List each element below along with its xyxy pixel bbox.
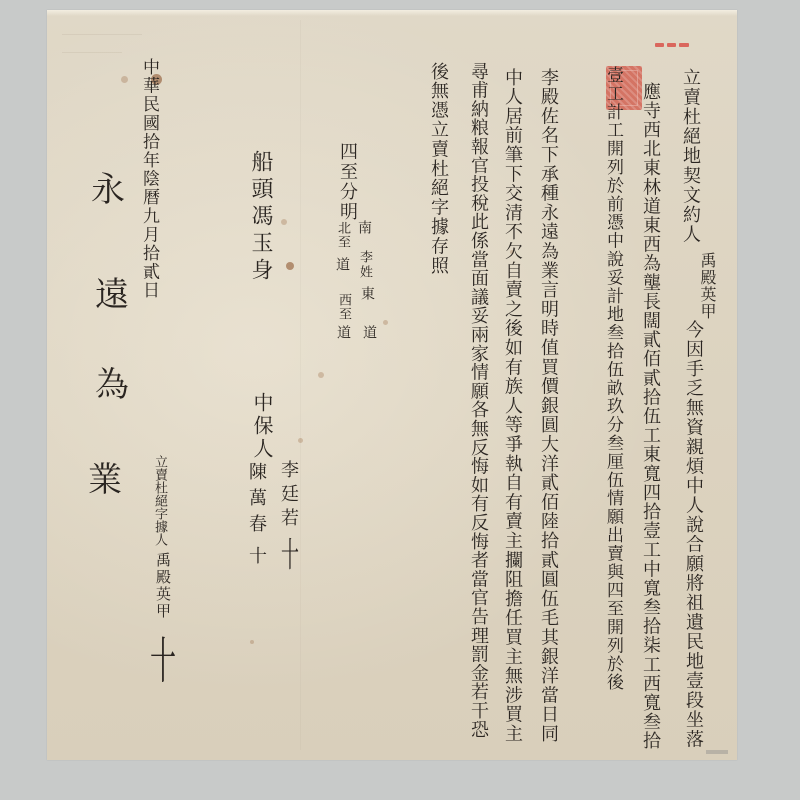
body-line-2: 應寺西北東林道東西為壟長闊貳佰貳拾伍工東寬四拾壹工中寬叁拾柒工西寬叁拾 — [641, 82, 659, 751]
guarantor-name-2: 陳萬春 — [247, 462, 265, 540]
boundaries-heading: 四至分明 — [338, 142, 356, 222]
guarantor-mark-1: 十 — [281, 540, 299, 558]
seller-name: 禹殿英甲 — [699, 252, 715, 320]
signature-label: 立賣杜絕字據人 — [153, 455, 166, 546]
catalog-number-mark — [706, 750, 728, 754]
motto-char-4: 業 — [88, 463, 122, 497]
body-line-1: 今因手乏無資親煩中人說合願將祖遺民地壹段坐落 — [684, 320, 702, 749]
guarantor-label: 中保人 — [252, 392, 272, 461]
boundary-direction-south: 南 — [357, 220, 371, 234]
boundary-direction-north: 北至 — [336, 221, 349, 249]
motto-char-3: 為 — [95, 368, 129, 402]
ink-stain — [121, 76, 128, 83]
red-stamp-mark — [667, 43, 676, 47]
guarantor-mark-2: 十 — [249, 548, 267, 566]
boundary-value-north: 道 — [335, 257, 349, 271]
boundary-value-south: 李姓 — [358, 250, 371, 280]
signature-name: 禹殿英甲 — [155, 552, 170, 620]
body-line-3: 壹工計工開列於前憑中說妥計地叁拾伍畝玖分叁厘伍情願出賣與四至開列於後 — [604, 66, 621, 692]
body-line-4: 李殿佐名下承種永遠為業言明時值買價銀圓大洋貳佰陸拾貳圓伍毛其銀洋當日同 — [539, 68, 557, 744]
contract-date: 中華民國拾年陰曆九月拾貳日 — [140, 58, 157, 300]
body-line-7: 後無憑立賣杜絕字據存照 — [429, 62, 447, 275]
photo-backdrop: 立賣杜絕地契文約人 禹殿英甲 今因手乏無資親煩中人說合願將祖遺民地壹段坐落 應寺… — [0, 0, 800, 800]
fold-line — [300, 20, 301, 750]
boundary-direction-east: 東 — [360, 286, 374, 300]
boundary-value-east: 道 — [362, 325, 376, 339]
motto-char-2: 遠 — [95, 278, 129, 312]
ink-stain — [250, 640, 254, 644]
ink-stain — [383, 320, 388, 325]
boundary-direction-west: 西至 — [337, 293, 350, 321]
ink-stain — [281, 219, 287, 225]
crease-line — [62, 34, 142, 35]
signature-mark: 十 — [150, 638, 176, 664]
ink-stain — [318, 372, 324, 378]
motto-char-1: 永 — [91, 173, 125, 207]
ink-stain — [286, 262, 294, 270]
cross-mark: 十 — [150, 638, 176, 687]
ink-stain — [298, 438, 303, 443]
boundary-value-west: 道 — [336, 325, 350, 339]
red-stamp-mark — [679, 43, 689, 47]
contract-title-line: 立賣杜絕地契文約人 — [681, 68, 699, 244]
boatman-line: 船頭馮玉身 — [249, 150, 271, 285]
crease-line — [62, 52, 122, 53]
body-line-6: 尋甫納粮報官投稅此係當面議妥兩家情願各無反悔如有反悔者當官告理罰金若干恐 — [469, 62, 487, 739]
guarantor-name-1: 李廷若 — [279, 460, 297, 532]
body-line-5: 中人居前筆下交清不欠自賣之後如有族人等爭執自有賣主攔阻擔任買主無涉買主 — [503, 68, 521, 744]
cross-mark: 十 — [281, 540, 299, 574]
red-stamp-mark — [655, 43, 664, 47]
paper-edge — [47, 10, 737, 16]
